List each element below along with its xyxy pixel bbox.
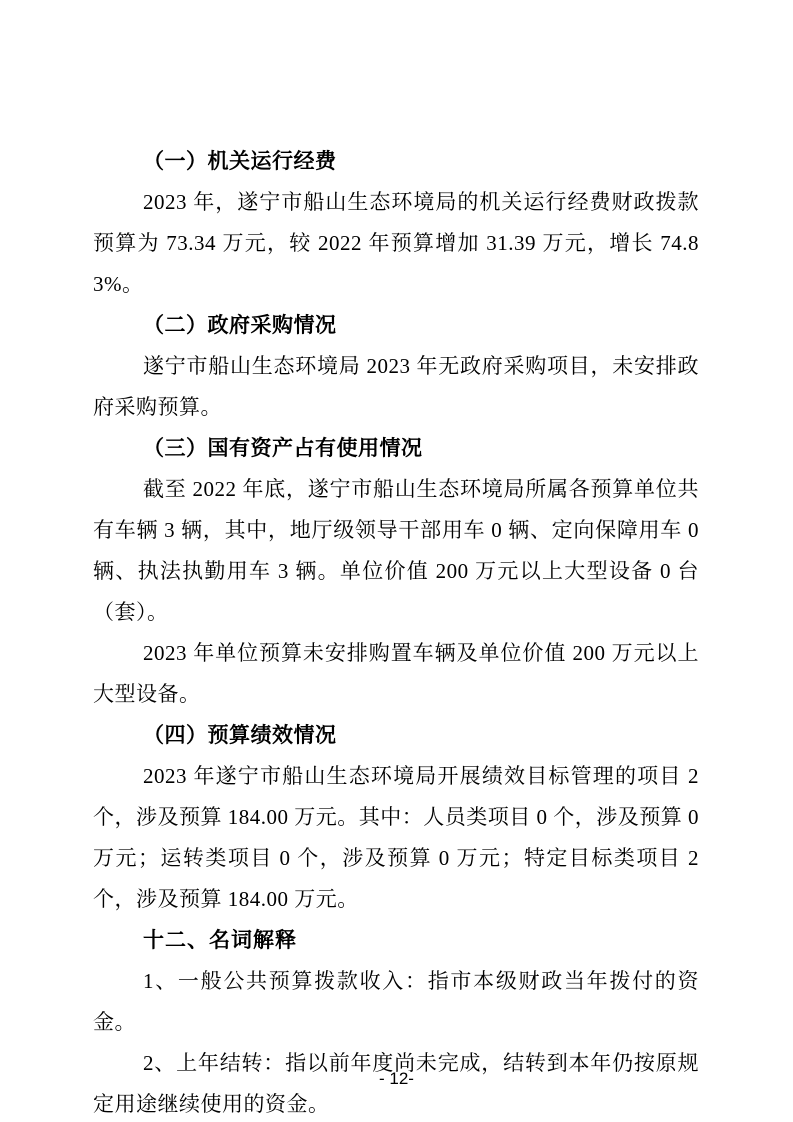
para-budget-performance: 2023 年遂宁市船山生态环境局开展绩效目标管理的项目 2 个，涉及预算 184… [93, 756, 699, 920]
page-number: - 12- [0, 1066, 793, 1092]
para-glossary-item-1: 1、一般公共预算拨款收入：指市本级财政当年拨付的资金。 [93, 961, 699, 1043]
document-body: （一）机关运行经费 2023 年，遂宁市船山生态环境局的机关运行经费财政拨款预算… [93, 141, 699, 1122]
heading-gov-procurement: （二）政府采购情况 [93, 305, 699, 346]
para-operating-expenses: 2023 年，遂宁市船山生态环境局的机关运行经费财政拨款预算为 73.34 万元… [93, 182, 699, 305]
heading-budget-performance: （四）预算绩效情况 [93, 715, 699, 756]
para-gov-procurement: 遂宁市船山生态环境局 2023 年无政府采购项目，未安排政府采购预算。 [93, 346, 699, 428]
para-state-assets-no-purchase: 2023 年单位预算未安排购置车辆及单位价值 200 万元以上大型设备。 [93, 633, 699, 715]
heading-org-operating-expenses: （一）机关运行经费 [93, 141, 699, 182]
heading-glossary: 十二、名词解释 [93, 920, 699, 961]
document-page: （一）机关运行经费 2023 年，遂宁市船山生态环境局的机关运行经费财政拨款预算… [0, 0, 793, 1122]
para-state-assets-vehicles: 截至 2022 年底，遂宁市船山生态环境局所属各预算单位共有车辆 3 辆，其中，… [93, 469, 699, 633]
heading-state-assets: （三）国有资产占有使用情况 [93, 428, 699, 469]
